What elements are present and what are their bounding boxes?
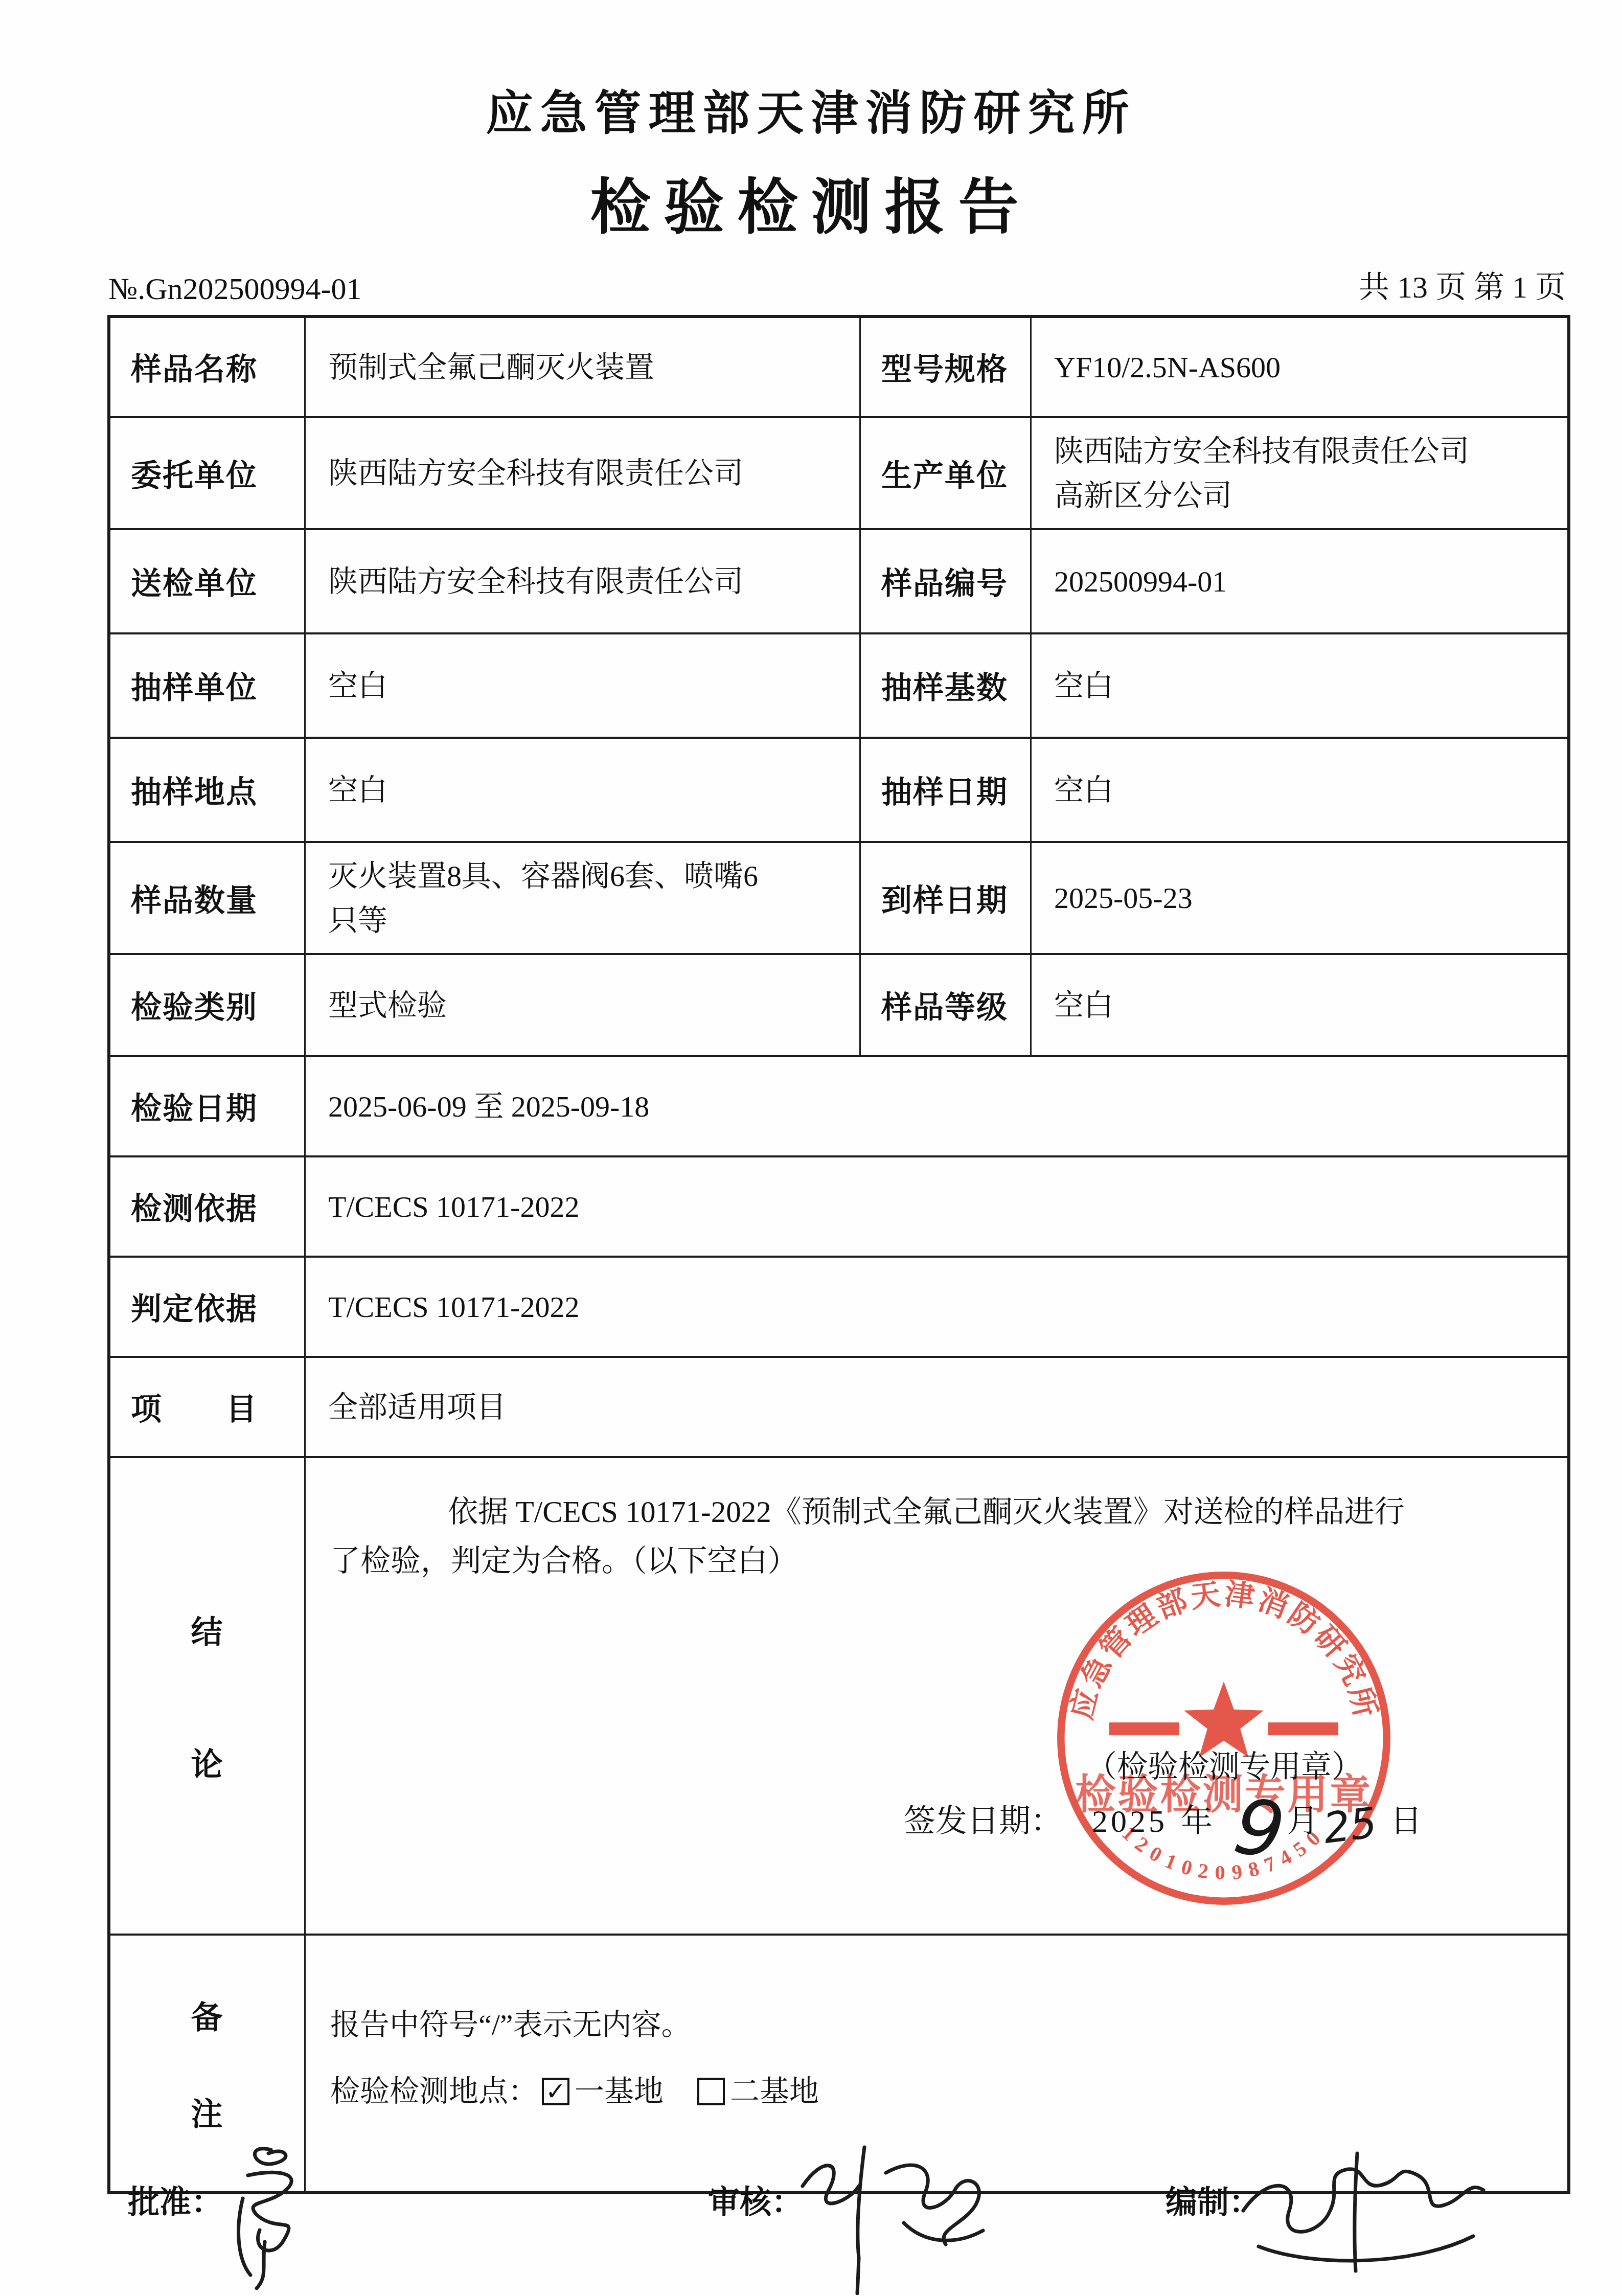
seal-bar-right — [1268, 1722, 1338, 1735]
seal-caption: （检验检测专用章） — [994, 1742, 1454, 1786]
row-value: 空白 — [304, 739, 859, 841]
row-label: 样品编号 — [859, 530, 1030, 632]
row-value: 陕西陆方安全科技有限责任公司 — [304, 418, 859, 528]
table-row: 项 目 全部适用项目 — [110, 1356, 1567, 1456]
row-label: 抽样地点 — [110, 739, 304, 841]
row-label: 到样日期 — [859, 843, 1030, 953]
handwritten-month: 9 — [1236, 1826, 1284, 1833]
row-label: 抽样基数 — [859, 634, 1030, 737]
report-info-table: 样品名称 预制式全氟己酮灭火装置 型号规格 YF10/2.5N-AS600 委托… — [107, 315, 1570, 2194]
row-value: 2025-06-09 至 2025-09-18 — [304, 1057, 1567, 1155]
row-label: 生产单位 — [859, 418, 1030, 528]
row-label: 检验日期 — [110, 1057, 304, 1155]
review-label: 审核： — [708, 2177, 803, 2222]
report-number: №.Gn202500994-01 — [108, 271, 362, 307]
row-value: 空白 — [1030, 739, 1567, 841]
seal-bar-left — [1109, 1722, 1179, 1735]
option-base-one: 一基地 — [575, 2067, 664, 2116]
row-value: 预制式全氟己酮灭火装置 — [304, 318, 859, 416]
issue-day-unit: 日 — [1390, 1804, 1422, 1839]
row-value: 空白 — [1030, 955, 1567, 1055]
table-row: 检测依据 T/CECS 10171-2022 — [110, 1155, 1567, 1256]
row-label: 抽样单位 — [110, 634, 304, 737]
issue-date-label: 签发日期： — [904, 1804, 1062, 1839]
table-row: 抽样单位 空白 抽样基数 空白 — [110, 632, 1567, 737]
row-label: 检验类别 — [110, 955, 304, 1055]
review-signature — [781, 2126, 1006, 2295]
row-label: 抽样日期 — [859, 739, 1030, 841]
issue-year: 2025 — [1092, 1804, 1168, 1839]
inspection-report-page: 应急管理部天津消防研究所 检验检测报告 №.Gn202500994-01 共 1… — [0, 0, 1622, 2296]
row-value: T/CECS 10171-2022 — [304, 1157, 1567, 1256]
issue-date-line: 签发日期：2025年9月25日 — [904, 1795, 1568, 1841]
row-label: 送检单位 — [110, 530, 304, 632]
prepare-signature — [1227, 2133, 1503, 2284]
row-label: 项 目 — [110, 1358, 304, 1456]
table-row: 检验日期 2025-06-09 至 2025-09-18 — [110, 1055, 1567, 1155]
handwritten-day: 25 — [1324, 1823, 1377, 1830]
page-indicator: 共 13 页 第 1 页 — [1359, 263, 1566, 307]
checkbox-unchecked-icon — [697, 2078, 725, 2105]
remarks-line-1: 报告中符号“/”表示无内容。 — [330, 2001, 1567, 2049]
row-value: 型式检验 — [304, 955, 859, 1055]
row-value: YF10/2.5N-AS600 — [1030, 318, 1567, 416]
row-value: 陕西陆方安全科技有限责任公司 — [304, 530, 859, 632]
row-label: 检测依据 — [110, 1157, 304, 1256]
test-location-label: 检验检测地点： — [330, 2067, 538, 2116]
row-value: 2025-05-23 — [1030, 843, 1567, 953]
row-value: 空白 — [304, 634, 859, 737]
table-row: 检验类别 型式检验 样品等级 空白 — [110, 953, 1567, 1055]
row-value: T/CECS 10171-2022 — [304, 1258, 1567, 1356]
report-title: 检验检测报告 — [0, 158, 1622, 245]
checkbox-checked-icon: ✓ — [542, 2078, 569, 2105]
row-label: 委托单位 — [110, 418, 304, 528]
issuing-organization: 应急管理部天津消防研究所 — [0, 0, 1622, 143]
row-label: 型号规格 — [859, 318, 1030, 416]
row-value: 陕西陆方安全科技有限责任公司 高新区分公司 — [1030, 418, 1567, 528]
row-value: 空白 — [1030, 634, 1567, 737]
row-value: 灭火装置8具、容器阀6套、喷嘴6 只等 — [304, 843, 859, 953]
table-row: 样品数量 灭火装置8具、容器阀6套、喷嘴6 只等 到样日期 2025-05-23 — [110, 841, 1567, 953]
row-label: 样品名称 — [110, 318, 304, 416]
issue-month-unit: 月 — [1287, 1804, 1318, 1839]
table-row: 样品名称 预制式全氟己酮灭火装置 型号规格 YF10/2.5N-AS600 — [110, 318, 1567, 416]
table-row: 抽样地点 空白 抽样日期 空白 — [110, 737, 1567, 841]
remarks-line-2: 检验检测地点： ✓ 一基地 二基地 — [330, 2067, 1567, 2116]
official-seal: 应急管理部天津消防研究所 检验检测专用章 1201020987450 — [1051, 1565, 1397, 1911]
approve-label: 批准： — [128, 2177, 223, 2222]
row-label: 判定依据 — [110, 1258, 304, 1356]
row-value: 202500994-01 — [1030, 530, 1567, 632]
row-value: 全部适用项目 — [304, 1358, 1567, 1456]
report-meta: №.Gn202500994-01 共 13 页 第 1 页 — [108, 263, 1566, 307]
row-label: 样品数量 — [110, 843, 304, 953]
row-label: 样品等级 — [859, 955, 1030, 1055]
option-base-two: 二基地 — [730, 2067, 819, 2116]
table-row: 委托单位 陕西陆方安全科技有限责任公司 生产单位 陕西陆方安全科技有限责任公司 … — [110, 416, 1567, 528]
prepare-label: 编制： — [1166, 2177, 1261, 2222]
issue-year-unit: 年 — [1181, 1804, 1213, 1839]
table-row: 判定依据 T/CECS 10171-2022 — [110, 1256, 1567, 1356]
table-row: 送检单位 陕西陆方安全科技有限责任公司 样品编号 202500994-01 — [110, 528, 1567, 632]
conclusion-label: 结 论 — [110, 1458, 304, 1934]
